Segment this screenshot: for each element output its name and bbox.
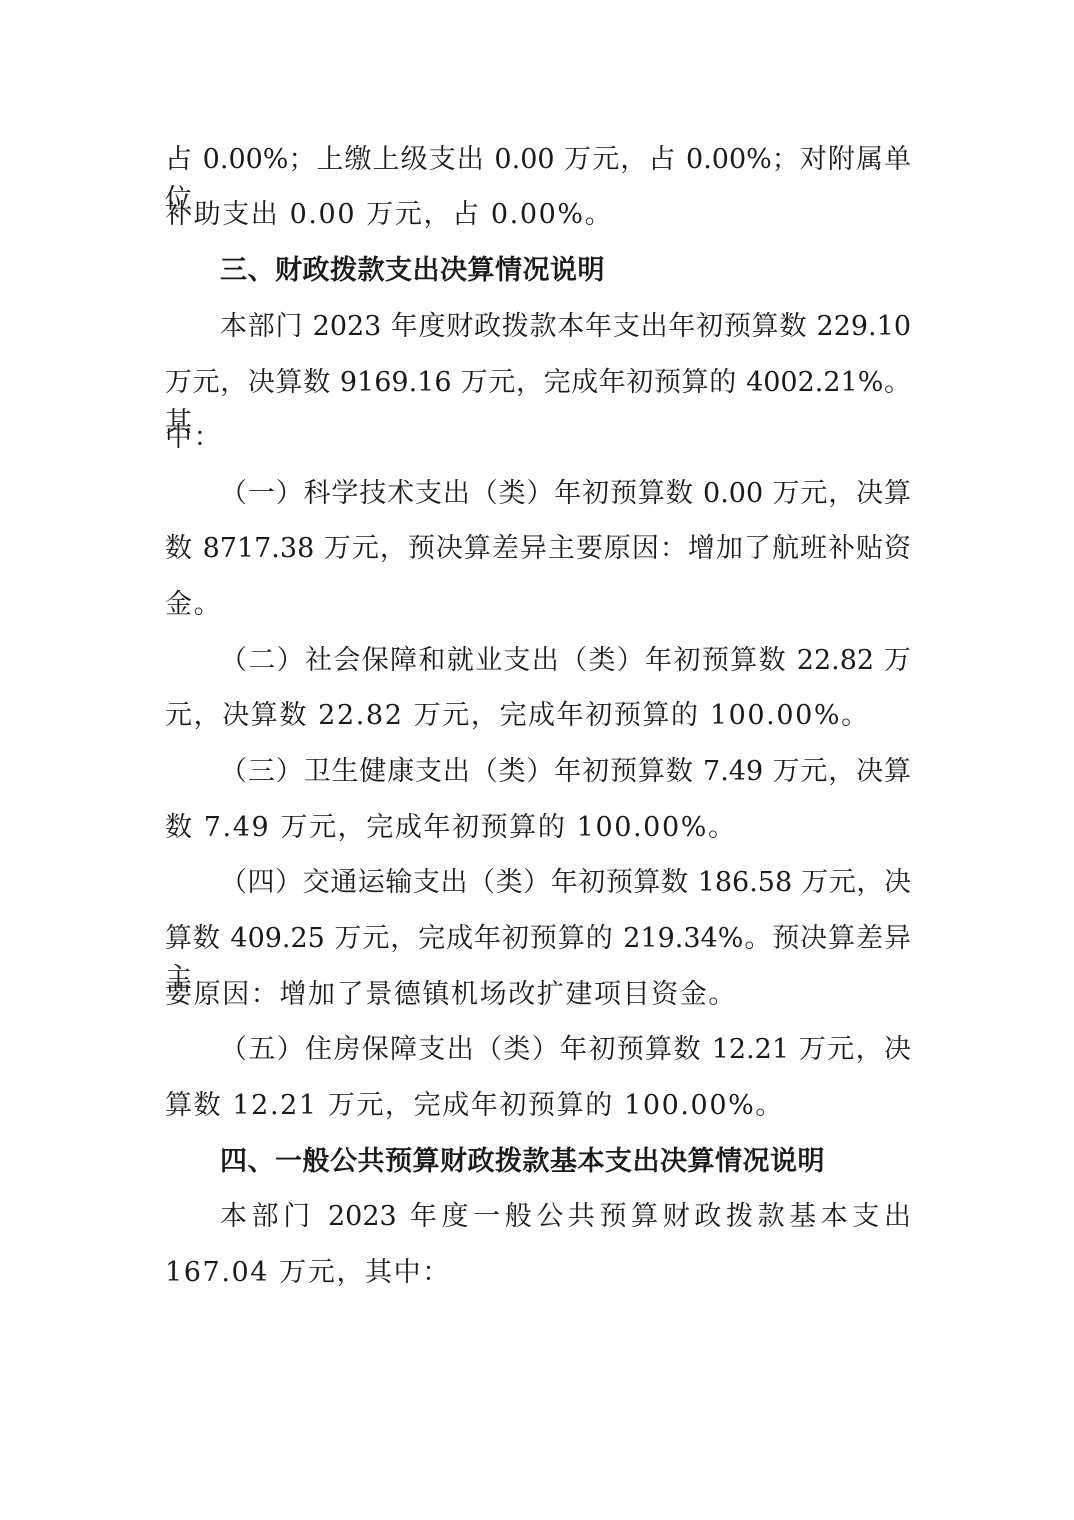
paragraph-line: 元，决算数 22.82 万元，完成年初预算的 100.00%。: [165, 696, 870, 736]
paragraph-line: 补助支出 0.00 万元，占 0.00%。: [165, 195, 613, 235]
paragraph-line: （二）社会保障和就业支出（类）年初预算数 22.82 万: [220, 641, 911, 681]
paragraph-line: 要原因：增加了景德镇机场改扩建项目资金。: [165, 975, 737, 1015]
paragraph-line: 本部门 2023 年度一般公共预算财政拨款基本支出: [220, 1197, 911, 1237]
paragraph-line: 万元，决算数 9169.16 万元，完成年初预算的 4002.21%。其: [165, 363, 911, 403]
paragraph-line: （三）卫生健康支出（类）年初预算数 7.49 万元，决算: [220, 752, 911, 792]
paragraph-line: 本部门 2023 年度财政拨款本年支出年初预算数 229.10: [220, 307, 911, 347]
paragraph-line: 数 7.49 万元，完成年初预算的 100.00%。: [165, 808, 737, 848]
paragraph-line: 算数 12.21 万元，完成年初预算的 100.00%。: [165, 1086, 784, 1126]
paragraph-line: 算数 409.25 万元，完成年初预算的 219.34%。预决算差异主: [165, 919, 911, 959]
paragraph-line: 金。: [165, 585, 222, 625]
paragraph-line: 167.04 万元，其中：: [165, 1253, 451, 1293]
paragraph-line: 中：: [165, 418, 222, 458]
paragraph-line: （一）科学技术支出（类）年初预算数 0.00 万元，决算: [220, 474, 911, 514]
paragraph-line: 占 0.00%；上缴上级支出 0.00 万元，占 0.00%；对附属单位: [165, 140, 911, 180]
section-heading-4: 四、一般公共预算财政拨款基本支出决算情况说明: [220, 1142, 825, 1182]
paragraph-line: 数 8717.38 万元，预决算差异主要原因：增加了航班补贴资: [165, 529, 911, 569]
paragraph-line: （四）交通运输支出（类）年初预算数 186.58 万元，决: [220, 863, 911, 903]
section-heading-3: 三、财政拨款支出决算情况说明: [220, 251, 605, 291]
paragraph-line: （五）住房保障支出（类）年初预算数 12.21 万元，决: [220, 1030, 911, 1070]
